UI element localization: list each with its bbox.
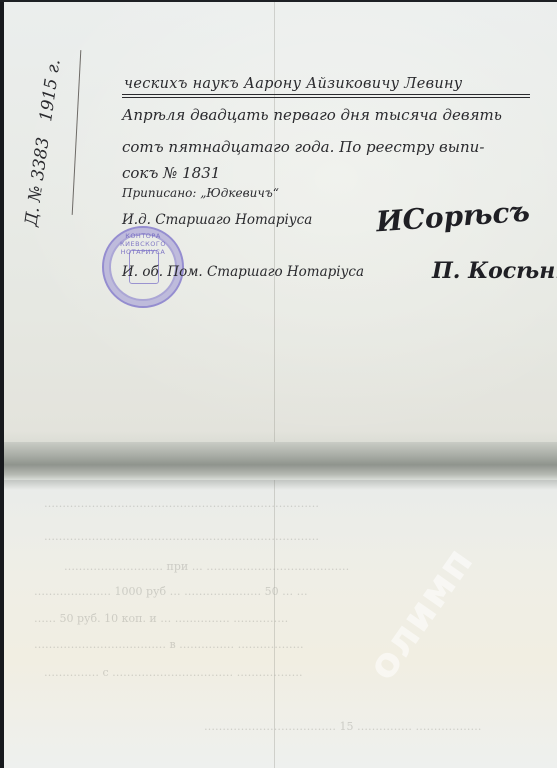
text-line-1: ческихъ наукъ Аарону Айзиковичу Левину — [124, 76, 463, 92]
paper-fold — [4, 442, 557, 480]
underline — [122, 97, 530, 98]
signature-second: П. Косѣнко — [432, 258, 557, 284]
faint-line: ………………………………………………………………… — [44, 530, 319, 543]
faint-line: …… 50 руб. 10 коп. и … …………… …………… — [34, 612, 288, 625]
faint-line: ……………………… при … ………………………………… — [64, 560, 349, 573]
text-line-5: Приписано: „Юдкевичъ“ — [122, 186, 279, 200]
text-line-6: И.д. Старшаго Нотаріуса — [122, 212, 312, 228]
faint-line: ……………………………… в …………… ……………… — [34, 638, 304, 651]
text-line-2: Апрѣля двадцать перваго дня тысяча девят… — [122, 106, 502, 124]
faint-line: …………… с …………………………… ……………… — [44, 666, 303, 679]
faint-line: ………………… 1000 руб … ………………… 50 … … — [34, 585, 308, 598]
underline — [122, 94, 530, 95]
faint-line: ……………………………… 15 …………… ……………… — [204, 720, 482, 733]
document-page: Д. № 3383 1915 г. ческихъ наукъ Аарону А… — [4, 2, 557, 768]
text-line-4: сокъ № 1831 — [122, 164, 220, 182]
faint-line: ………………………………………………………………… — [44, 497, 319, 510]
text-line-3: сотъ пятнадцатаго года. По реестру выпи- — [122, 138, 484, 156]
fold-shadow — [4, 480, 557, 490]
text-line-7: И. об. Пом. Старшаго Нотаріуса — [122, 264, 364, 280]
watermark: олимп — [359, 539, 483, 688]
